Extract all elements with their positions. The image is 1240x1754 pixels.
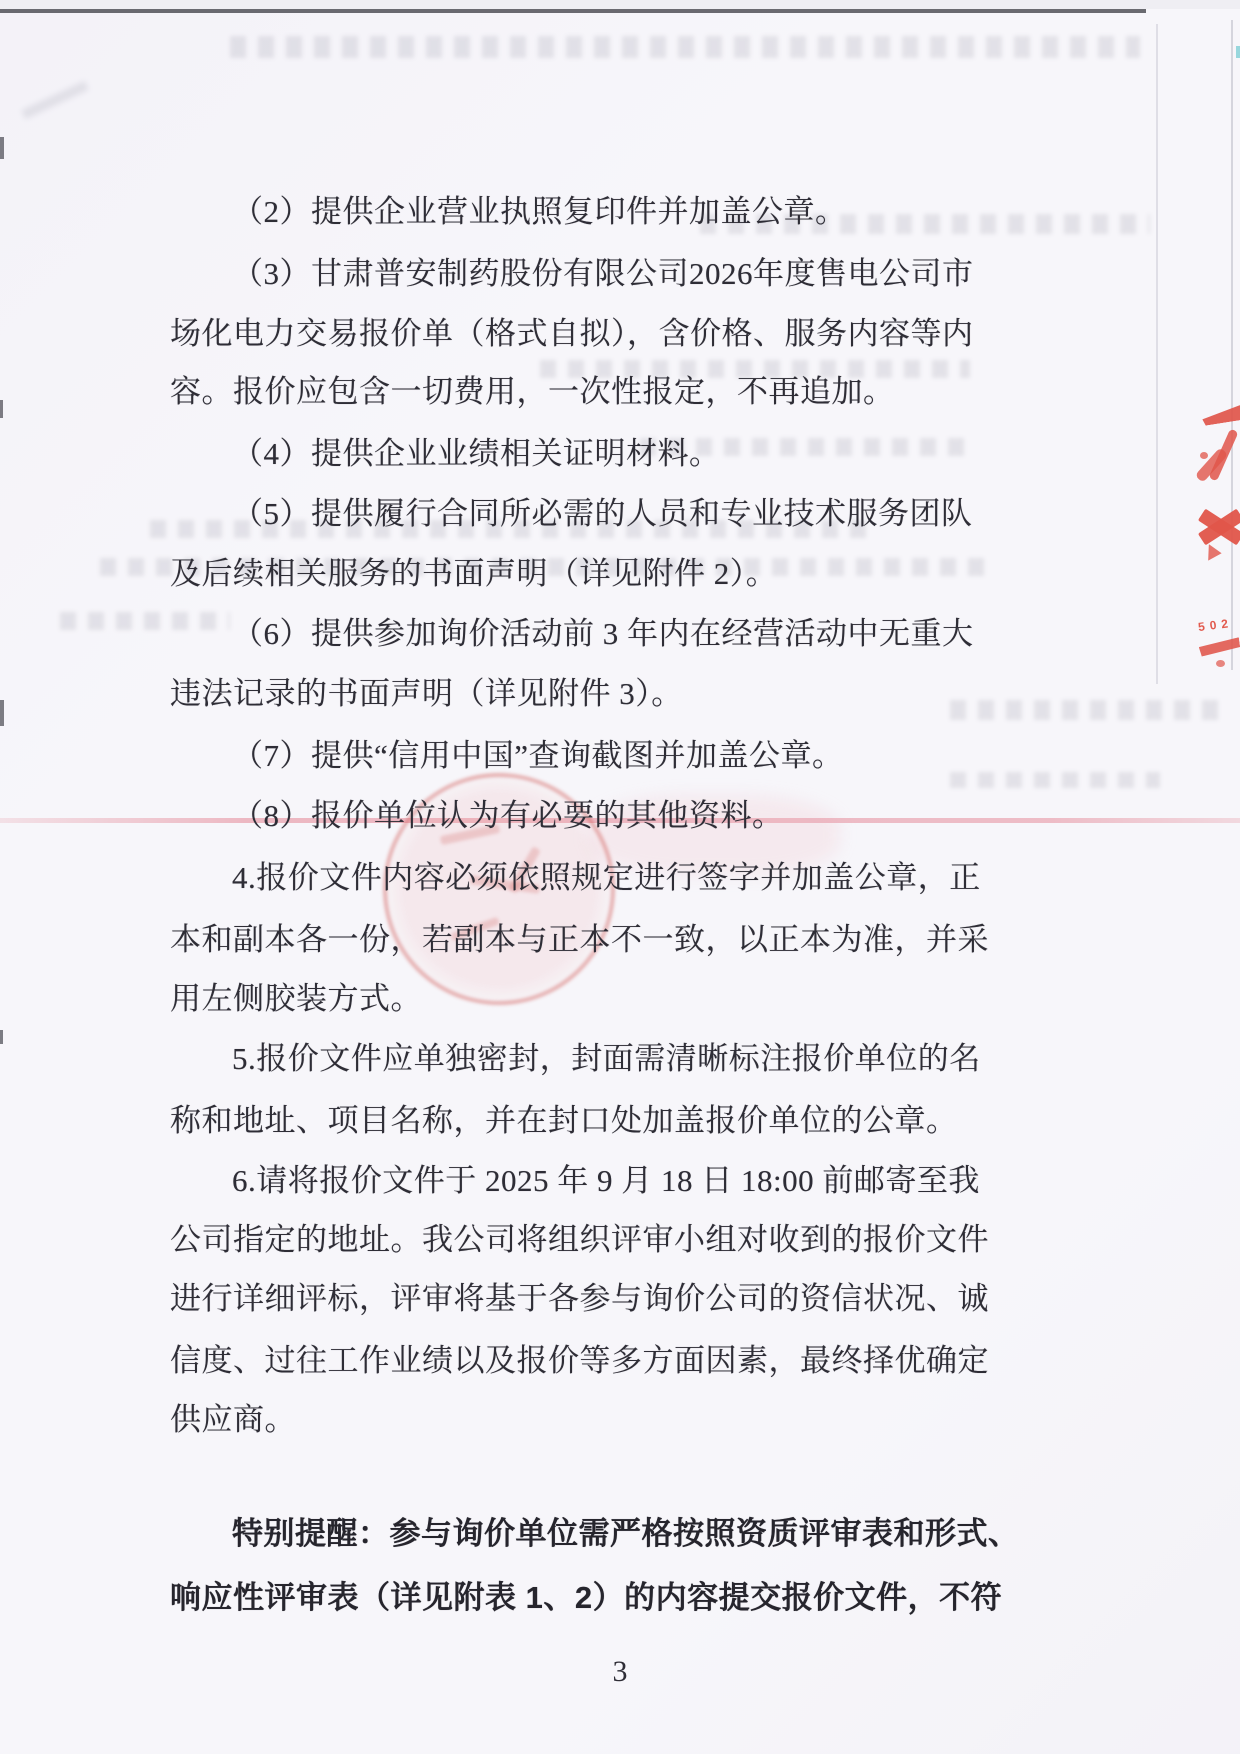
text-line: 5.报价文件应单独密封，封面需清晰标注报价单位的名 [232, 1033, 1092, 1079]
text-line: （8）报价单位认为有必要的其他资料。 [232, 790, 1092, 836]
text-line: 6.请将报价文件于 2025 年 9 月 18 日 18:00 前邮寄至我 [232, 1155, 1092, 1201]
text-line: 进行详细评标，评审将基于各参与询价公司的资信状况、诚 [170, 1273, 1030, 1319]
text-line: 容。报价应包含一切费用，一次性报定，不再追加。 [170, 366, 1030, 412]
text-line: （7）提供“信用中国”查询截图并加盖公章。 [232, 730, 1092, 776]
text-line: 响应性评审表（详见附表 1、2）的内容提交报价文件，不符 [170, 1572, 1030, 1618]
text-line: （4）提供企业业绩相关证明材料。 [232, 428, 1092, 474]
scanned-document-page: 502 （2）提供企业营业执照复印件并加盖公章。（3）甘肃普安制药股份有限公司2… [0, 0, 1240, 1754]
text-line: （6）提供参加询价活动前 3 年内在经营活动中无重大 [232, 608, 1092, 654]
text-line: （2）提供企业营业执照复印件并加盖公章。 [232, 186, 1092, 232]
text-line: 公司指定的地址。我公司将组织评审小组对收到的报价文件 [170, 1214, 1030, 1260]
text-line: 违法记录的书面声明（详见附件 3）。 [170, 668, 1030, 714]
text-line: 信度、过往工作业绩以及报价等多方面因素，最终择优确定 [170, 1335, 1030, 1381]
text-line: 及后续相关服务的书面声明（详见附件 2）。 [170, 548, 1030, 594]
text-line: 用左侧胶装方式。 [170, 973, 1030, 1019]
document-body: （2）提供企业营业执照复印件并加盖公章。（3）甘肃普安制药股份有限公司2026年… [0, 0, 1240, 1754]
text-line: 4.报价文件内容必须依照规定进行签字并加盖公章，正 [232, 852, 1092, 898]
text-line: 场化电力交易报价单（格式自拟），含价格、服务内容等内 [170, 308, 1030, 354]
page-number: 3 [0, 1655, 1240, 1689]
text-line: 称和地址、项目名称，并在封口处加盖报价单位的公章。 [170, 1095, 1030, 1141]
text-line: （5）提供履行合同所必需的人员和专业技术服务团队 [232, 488, 1092, 534]
text-line: （3）甘肃普安制药股份有限公司2026年度售电公司市 [232, 248, 1092, 294]
text-line: 本和副本各一份，若副本与正本不一致，以正本为准，并采 [170, 914, 1030, 960]
text-line: 供应商。 [170, 1394, 1030, 1440]
text-line: 特别提醒：参与询价单位需严格按照资质评审表和形式、 [232, 1508, 1092, 1554]
